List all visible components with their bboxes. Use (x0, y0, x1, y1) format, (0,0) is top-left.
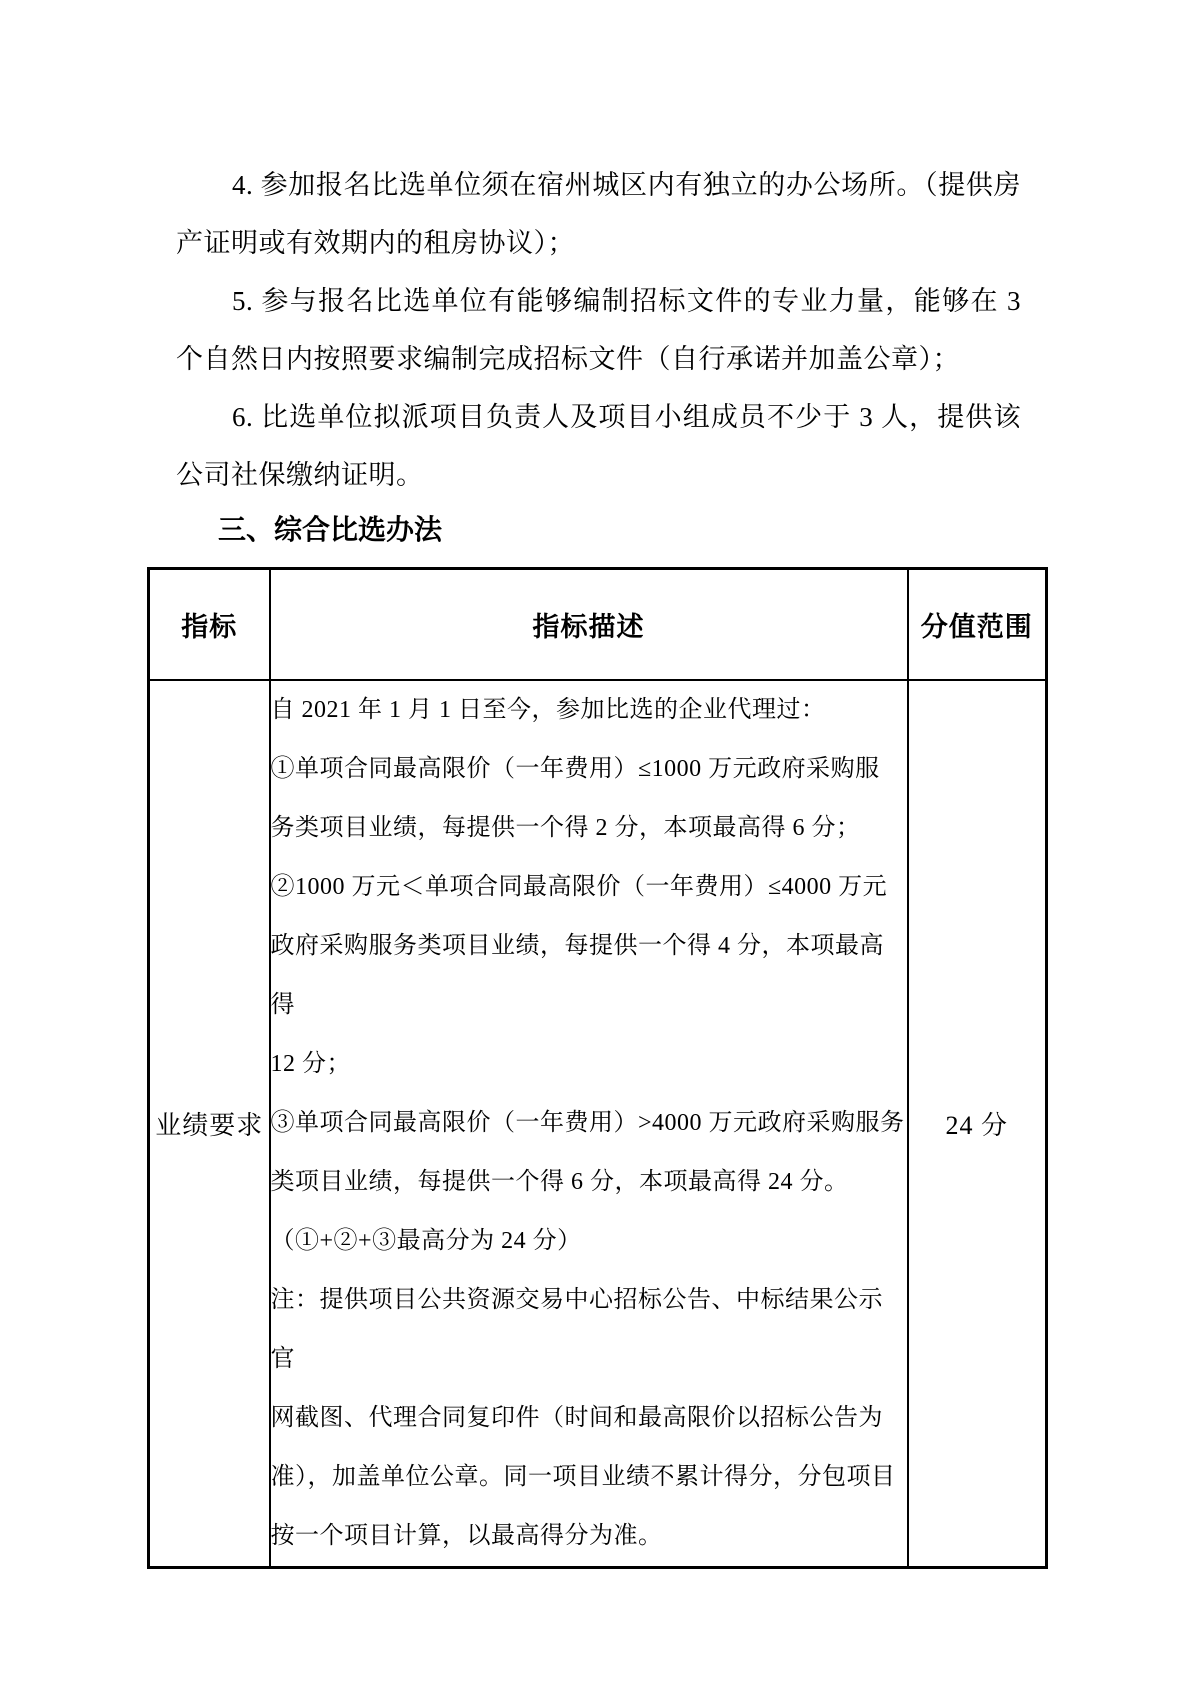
document-content: 4. 参加报名比选单位须在宿州城区内有独立的办公场所。（提供房产证明或有效期内的… (176, 156, 1021, 1569)
table-row: 业绩要求 自 2021 年 1 月 1 日至今，参加比选的企业代理过： ①单项合… (149, 680, 1047, 1568)
section-heading: 三、综合比选办法 (176, 508, 1021, 554)
table-header-score-range: 分值范围 (908, 569, 1047, 681)
table-header-row: 指标 指标描述 分值范围 (149, 569, 1047, 681)
description-cell: 自 2021 年 1 月 1 日至今，参加比选的企业代理过： ①单项合同最高限价… (270, 680, 908, 1568)
evaluation-table: 指标 指标描述 分值范围 业绩要求 自 2021 年 1 月 1 日至今，参加比… (147, 567, 1048, 1569)
table-header-description: 指标描述 (270, 569, 908, 681)
paragraph-requirement-5: 5. 参与报名比选单位有能够编制招标文件的专业力量，能够在 3 个自然日内按照要… (176, 272, 1021, 388)
table-header-indicator: 指标 (149, 569, 270, 681)
paragraph-requirement-4: 4. 参加报名比选单位须在宿州城区内有独立的办公场所。（提供房产证明或有效期内的… (176, 156, 1021, 272)
paragraph-requirement-6: 6. 比选单位拟派项目负责人及项目小组成员不少于 3 人，提供该公司社保缴纳证明… (176, 388, 1021, 504)
score-cell: 24 分 (908, 680, 1047, 1568)
document-page: 4. 参加报名比选单位须在宿州城区内有独立的办公场所。（提供房产证明或有效期内的… (0, 0, 1190, 1683)
indicator-cell: 业绩要求 (149, 680, 270, 1568)
